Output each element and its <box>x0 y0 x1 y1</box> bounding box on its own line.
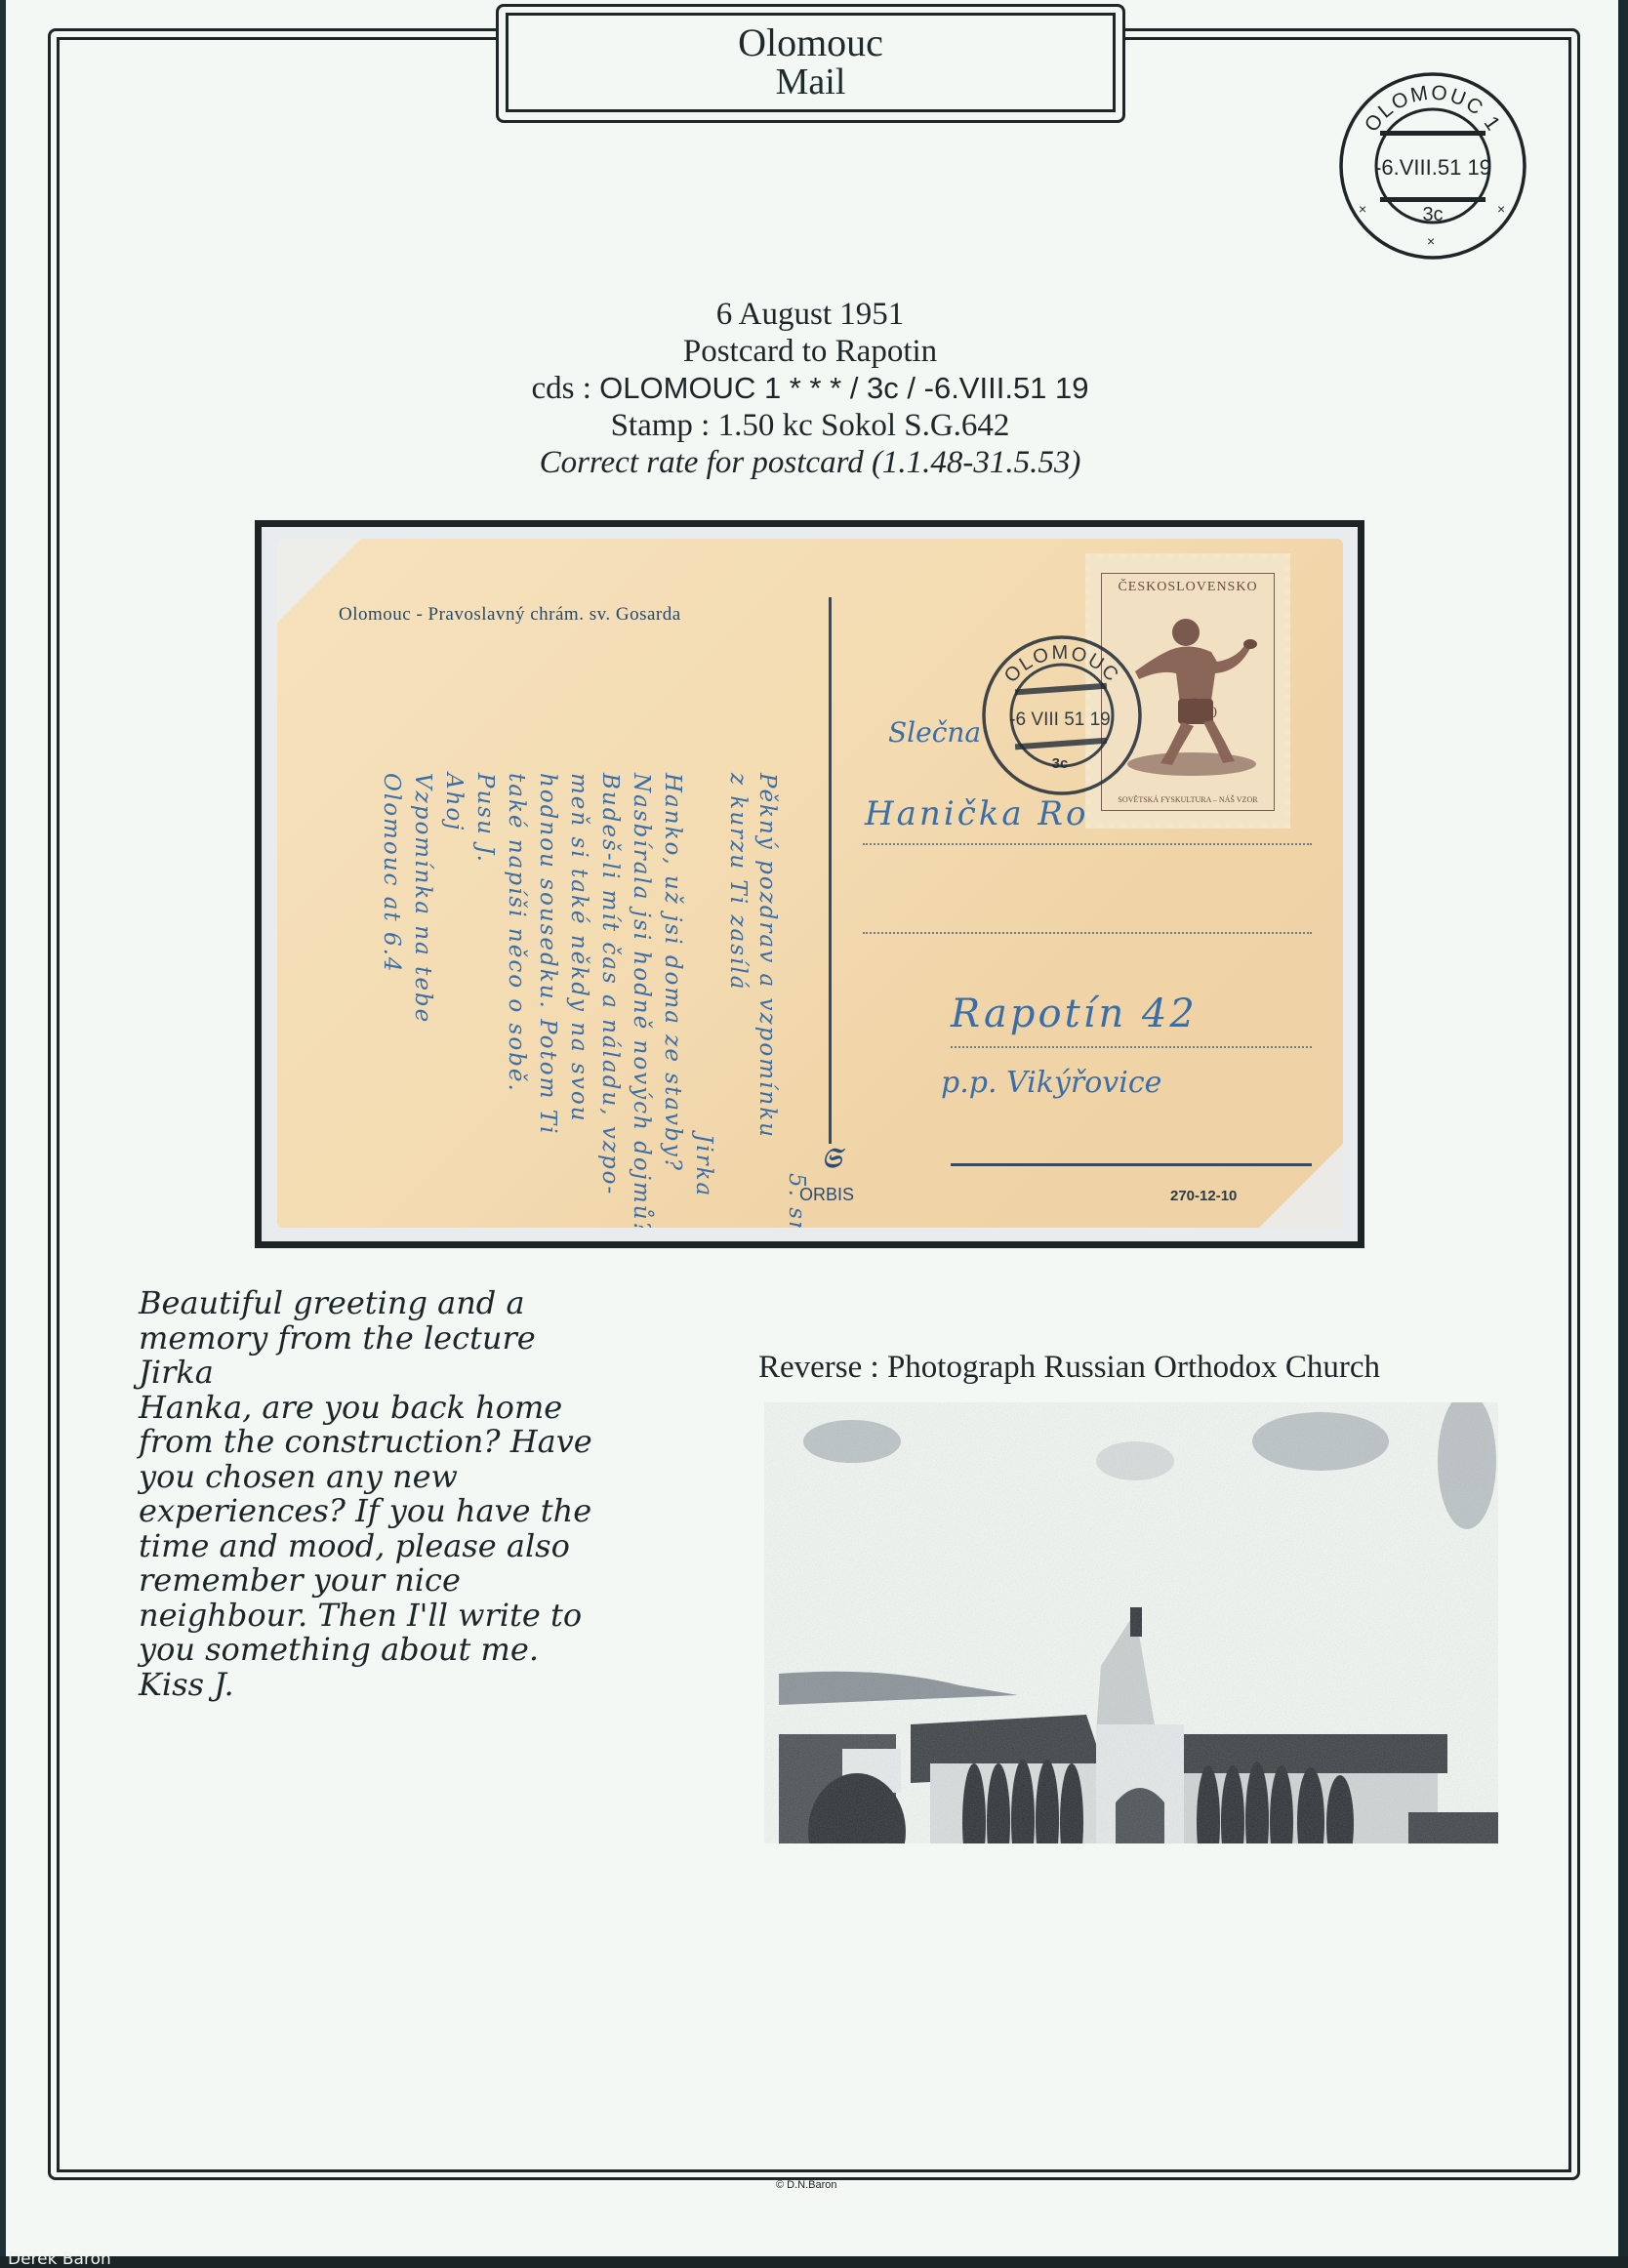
stamp-value: 1 <box>1184 689 1201 730</box>
card-postmark-icon: OLOMOUC -6 VIII 51 19 3c <box>978 631 1144 797</box>
address-post-office: p.p. Vikýřovice <box>941 1066 1161 1100</box>
scan-edge-bottom <box>0 2256 1628 2268</box>
address-town: Rapotín 42 <box>951 992 1198 1036</box>
message-line: Ahoj <box>441 773 467 831</box>
translation-line: Kiss J. <box>139 1668 666 1703</box>
message-line: Vzpomínka na tebe <box>410 773 435 1024</box>
stamp-value-fraction: 50 <box>1201 705 1217 722</box>
address-line-1 <box>863 843 1312 845</box>
handwritten-message: 5. srpna 1951Pěkný pozdrav a vzpomínkuz … <box>375 627 824 1154</box>
translation-line: from the construction? Have <box>139 1425 666 1460</box>
message-line: meň si také někdy na svou <box>566 773 591 1123</box>
orbis-logo-icon: 𝔖 <box>804 1144 859 1185</box>
reverse-title: Reverse : Photograph Russian Orthodox Ch… <box>758 1350 1380 1386</box>
message-line: Jirka <box>691 1134 716 1197</box>
svg-text:×: × <box>1427 233 1435 249</box>
translation-line: remember your nice <box>139 1563 666 1599</box>
watermark: Derek Baron <box>8 2250 111 2268</box>
item-rate-note: Correct rate for postcard (1.1.48-31.5.5… <box>293 444 1327 481</box>
postmark-date: -6.VIII.51 19 <box>1374 155 1491 180</box>
message-translation: Beautiful greeting and amemory from the … <box>139 1286 666 1702</box>
translation-line: Jirka <box>139 1356 666 1391</box>
item-cds: cds : OLOMOUC 1 * * * / 3c / -6.VIII.51 … <box>293 370 1327 407</box>
address-line-4 <box>951 1163 1312 1166</box>
church-photo-image <box>764 1402 1498 1843</box>
address-line-3 <box>951 1046 1312 1048</box>
svg-text:×: × <box>1497 201 1505 217</box>
item-type: Postcard to Rapotin <box>293 333 1327 370</box>
translation-line: neighbour. Then I'll write to <box>139 1599 666 1634</box>
item-stamp: Stamp : 1.50 kc Sokol S.G.642 <box>293 407 1327 444</box>
message-line: Budeš-li mít čas a náladu, vzpo- <box>597 773 623 1195</box>
photo-corner-bottom-right <box>1257 1142 1343 1228</box>
translation-line: experiences? If you have the <box>139 1494 666 1529</box>
page-subtitle: Mail <box>776 62 846 101</box>
postcard-caption: Olomouc - Pravoslavný chrám. sv. Gosarda <box>339 604 681 626</box>
message-line: také napíši něco o sobě. <box>504 773 529 1093</box>
message-line: Hanko, už jsi doma ze stavby? <box>660 773 685 1172</box>
postmark-code: 3c <box>1422 204 1443 225</box>
message-line: z kurzu Ti zasílá <box>725 773 751 991</box>
message-line: Nasbírala jsi hodně nových dojmů? <box>629 773 654 1228</box>
postmark-illustration-icon: OLOMOUC 1 -6.VIII.51 19 3c × × × <box>1337 70 1528 262</box>
svg-text:3c: 3c <box>1052 755 1069 772</box>
message-line: Pěkný pozdrav a vzpomínku <box>754 773 780 1139</box>
postcard-divider <box>829 597 832 1144</box>
card-number: 270-12-10 <box>1170 1188 1237 1204</box>
copyright: © D.N.Baron <box>776 2179 837 2191</box>
item-description: 6 August 1951 Postcard to Rapotin cds : … <box>293 296 1327 481</box>
svg-text:×: × <box>1359 201 1366 217</box>
translation-line: Beautiful greeting and a <box>139 1286 666 1321</box>
translation-line: you something about me. <box>139 1633 666 1668</box>
address-salutation: Slečna <box>888 716 981 749</box>
page-title: Olomouc <box>738 23 883 62</box>
address-line-2 <box>863 932 1312 934</box>
title-box: Olomouc Mail <box>506 13 1116 112</box>
item-date: 6 August 1951 <box>293 296 1327 333</box>
message-line: Pusu J. <box>472 773 498 864</box>
translation-line: memory from the lecture <box>139 1321 666 1357</box>
stamp-country: ČESKOSLOVENSKO <box>1102 580 1274 595</box>
translation-line: Hanka, are you back home <box>139 1391 666 1426</box>
postcard-mount: Olomouc - Pravoslavný chrám. sv. Gosarda… <box>255 520 1364 1248</box>
svg-text:-6 VIII 51 19: -6 VIII 51 19 <box>1009 709 1111 730</box>
postcard: Olomouc - Pravoslavný chrám. sv. Gosarda… <box>277 539 1343 1228</box>
publisher-name: ORBIS <box>799 1185 854 1205</box>
translation-line: time and mood, please also <box>139 1529 666 1564</box>
scan-edge-left <box>0 0 6 2268</box>
translation-line: you chosen any new <box>139 1460 666 1495</box>
message-line: Olomouc at 6.4 <box>379 773 404 974</box>
scan-edge-right <box>1618 0 1628 2268</box>
message-line: hodnou sousedku. Potom Ti <box>535 773 560 1135</box>
